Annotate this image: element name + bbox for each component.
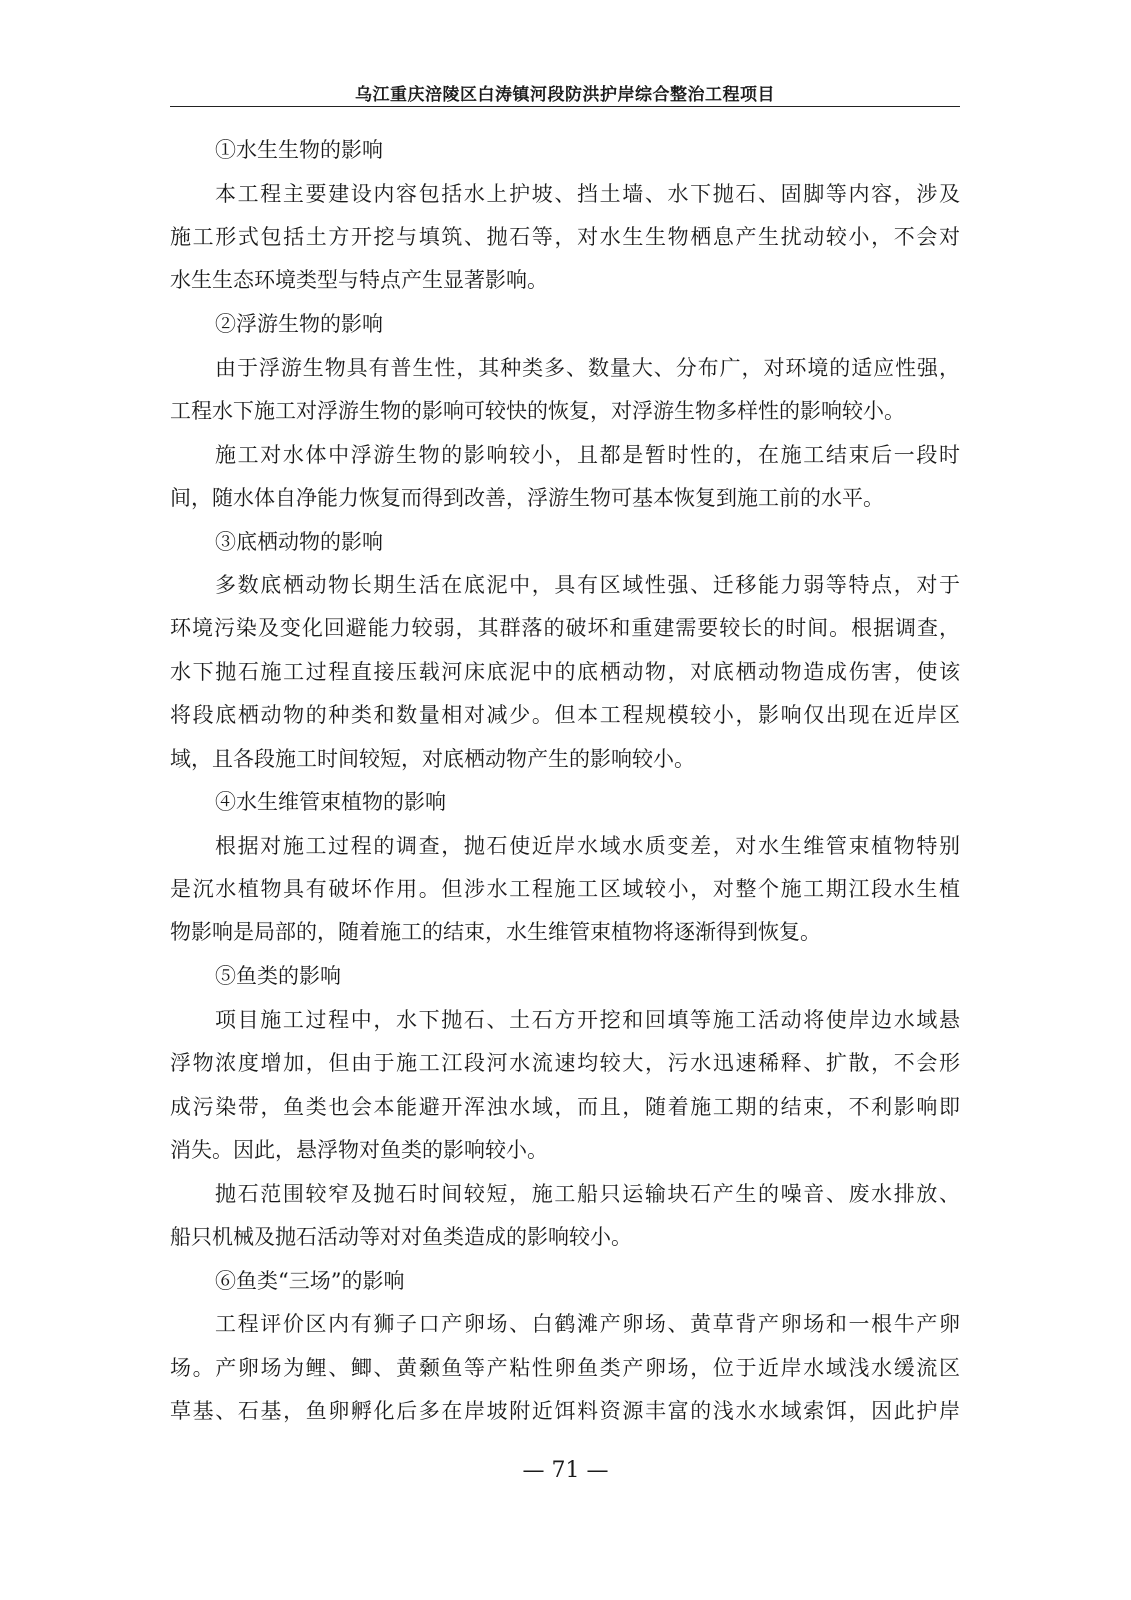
paragraph-line: 场。产卵场为鲤、鲫、黄颡鱼等产粘性卵鱼类产卵场，位于近岸水域浅水缓流区 <box>170 1354 960 1382</box>
paragraph-line: 多数底栖动物长期生活在底泥中，具有区域性强、迁移能力弱等特点，对于 <box>215 571 960 599</box>
paragraph-line: 浮物浓度增加，但由于施工江段河水流速均较大，污水迅速稀释、扩散，不会形 <box>170 1049 960 1077</box>
paragraph-line: 本工程主要建设内容包括水上护坡、挡土墙、水下抛石、固脚等内容，涉及 <box>215 180 960 208</box>
paragraph-line: 施工形式包括土方开挖与填筑、抛石等，对水生生物栖息产生扰动较小，不会对 <box>170 223 960 251</box>
document-title: 乌江重庆涪陵区白涛镇河段防洪护岸综合整治工程项目 <box>170 80 960 105</box>
paragraph-line: 由于浮游生物具有普生性，其种类多、数量大、分布广，对环境的适应性强， <box>215 354 960 382</box>
paragraph-line: 物影响是局部的，随着施工的结束，水生维管束植物将逐渐得到恢复。 <box>170 918 960 946</box>
paragraph-line: 域，且各段施工时间较短，对底栖动物产生的影响较小。 <box>170 745 960 773</box>
section-heading: ②浮游生物的影响 <box>215 310 960 338</box>
paragraph-line: 间，随水体自净能力恢复而得到改善，浮游生物可基本恢复到施工前的水平。 <box>170 484 960 512</box>
paragraph-line: 消失。因此，悬浮物对鱼类的影响较小。 <box>170 1136 960 1164</box>
section-heading: ⑤鱼类的影响 <box>215 962 960 990</box>
section-heading: ⑥鱼类“三场”的影响 <box>215 1267 960 1295</box>
paragraph-line: 抛石范围较窄及抛石时间较短，施工船只运输块石产生的噪音、废水排放、 <box>215 1180 960 1208</box>
section-heading: ④水生维管束植物的影响 <box>215 788 960 816</box>
paragraph-line: 施工对水体中浮游生物的影响较小，且都是暂时性的，在施工结束后一段时 <box>215 441 960 469</box>
paragraph-line: 工程评价区内有狮子口产卵场、白鹤滩产卵场、黄草背产卵场和一根牛产卵 <box>215 1310 960 1338</box>
paragraph-line: 将段底栖动物的种类和数量相对减少。但本工程规模较小，影响仅出现在近岸区 <box>170 701 960 729</box>
paragraph-line: 草基、石基，鱼卵孵化后多在岸坡附近饵料资源丰富的浅水水域索饵，因此护岸 <box>170 1397 960 1425</box>
paragraph-line: 水生生态环境类型与特点产生显著影响。 <box>170 266 960 294</box>
paragraph-line: 水下抛石施工过程直接压载河床底泥中的底栖动物，对底栖动物造成伤害，使该 <box>170 658 960 686</box>
paragraph-line: 环境污染及变化回避能力较弱，其群落的破坏和重建需要较长的时间。根据调查， <box>170 614 960 642</box>
page-number: — 71 — <box>0 1458 1131 1483</box>
paragraph-line: 工程水下施工对浮游生物的影响可较快的恢复，对浮游生物多样性的影响较小。 <box>170 397 960 425</box>
paragraph-line: 船只机械及抛石活动等对对鱼类造成的影响较小。 <box>170 1223 960 1251</box>
section-heading: ③底栖动物的影响 <box>215 528 960 556</box>
paragraph-line: 是沉水植物具有破坏作用。但涉水工程施工区域较小，对整个施工期江段水生植 <box>170 875 960 903</box>
paragraph-line: 根据对施工过程的调查，抛石使近岸水域水质变差，对水生维管束植物特别 <box>215 832 960 860</box>
paragraph-line: 成污染带，鱼类也会本能避开浑浊水域，而且，随着施工期的结束，不利影响即 <box>170 1093 960 1121</box>
paragraph-line: 项目施工过程中，水下抛石、土石方开挖和回填等施工活动将使岸边水域悬 <box>215 1006 960 1034</box>
section-heading: ①水生生物的影响 <box>215 136 960 164</box>
header-divider <box>170 106 960 107</box>
